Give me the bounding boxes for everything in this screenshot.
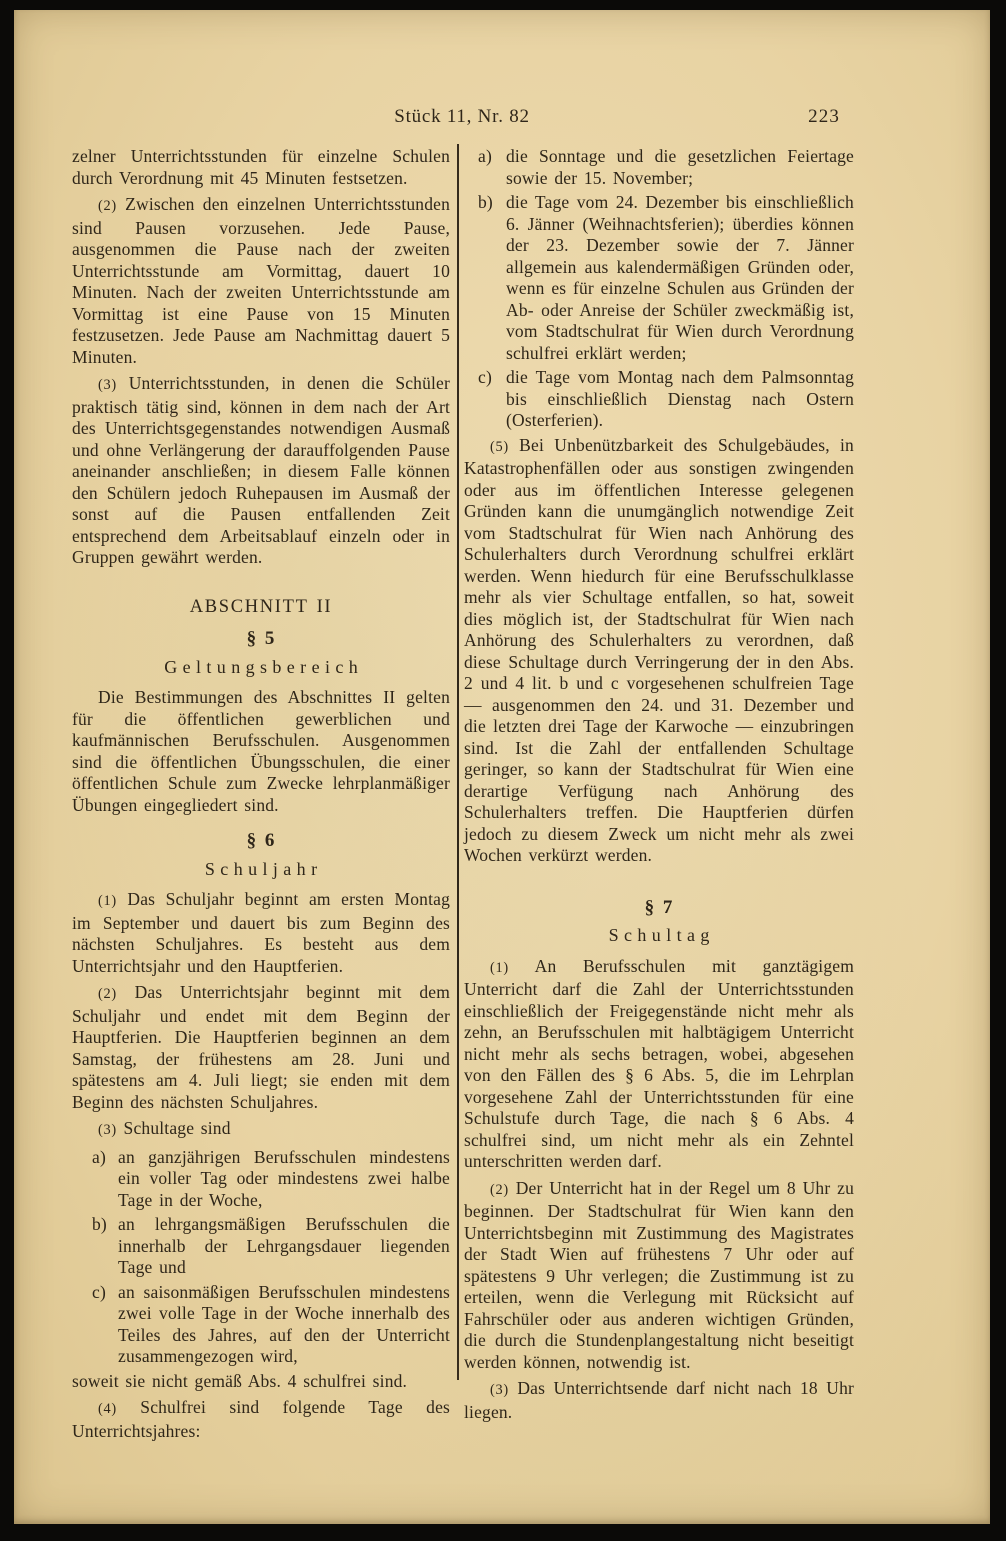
paragraph-continuation: zelner Unterrichtsstunden für einzelne S… — [72, 146, 450, 189]
paragraph-text: An Berufsschulen mit ganztägigem Unterri… — [464, 956, 854, 1172]
paragraph-text: Das Unterrichtsende darf nicht nach 18 U… — [464, 1378, 854, 1422]
paragraph-number: (2) — [98, 198, 117, 214]
section-subtitle-schuljahr: Schuljahr — [72, 859, 450, 881]
scanned-page-frame: Stück 11, Nr. 82 223 zelner Unterrichtss… — [0, 0, 1006, 1541]
list-item-b: b) die Tage vom 24. Dezember bis einschl… — [464, 192, 854, 364]
section-heading-par6: § 6 — [72, 830, 450, 852]
list-marker: c) — [92, 1282, 106, 1304]
column-divider-rule — [457, 144, 459, 1380]
list-item-text: an ganzjährigen Berufsschulen mindestens… — [118, 1147, 450, 1212]
page-number: 223 — [808, 106, 840, 128]
paragraph-number: (3) — [98, 1122, 117, 1138]
list-item-c: c) an saisonmäßigen Berufsschulen mindes… — [72, 1282, 450, 1368]
list-item-text: die Sonntage und die gesetzlichen Feiert… — [506, 146, 854, 189]
paragraph-sec4-abs2: (2) Zwischen den einzelnen Unterrichtsst… — [72, 194, 450, 368]
paragraph-text: Bei Unbenützbarkeit des Schulgebäudes, i… — [464, 435, 854, 866]
paragraph-par6-abs3: (3) Schultage sind — [72, 1118, 450, 1142]
list-marker: c) — [478, 367, 492, 389]
list-marker: b) — [92, 1214, 107, 1236]
paragraph-number: (2) — [490, 1182, 509, 1198]
paragraph-par6-abs4: (4) Schulfrei sind folgende Tage des Unt… — [72, 1397, 450, 1442]
list-marker: a) — [478, 146, 492, 168]
paragraph-number: (5) — [490, 439, 509, 455]
section-heading-par7: § 7 — [464, 897, 854, 919]
paragraph-text: Unterrichtsstunden, in denen die Schüler… — [72, 373, 450, 567]
right-column: a) die Sonntage und die gesetzlichen Fei… — [464, 146, 854, 1428]
paragraph-text: Das Unterrichtsjahr beginnt mit dem Schu… — [72, 982, 450, 1112]
section-subtitle-schultag: Schultag — [464, 925, 854, 947]
paragraph-text: Das Schuljahr beginnt am ersten Montag i… — [72, 889, 450, 976]
issue-label: Stück 11, Nr. 82 — [72, 106, 852, 128]
paragraph-par6-abs5: (5) Bei Unbenützbarkeit des Schulgebäude… — [464, 435, 854, 867]
list-item-a: a) an ganzjährigen Berufsschulen mindest… — [72, 1147, 450, 1212]
paragraph-number: (3) — [490, 1382, 509, 1398]
list-item-c: c) die Tage vom Montag nach dem Palmsonn… — [464, 367, 854, 432]
paragraph-number: (1) — [98, 893, 117, 909]
paragraph-number: (3) — [98, 377, 117, 393]
paragraph-par6-abs3-close: soweit sie nicht gemäß Abs. 4 schulfrei … — [72, 1371, 450, 1393]
paragraph-text: Der Unterricht hat in der Regel um 8 Uhr… — [464, 1178, 854, 1372]
section-subtitle-geltungsbereich: Geltungsbereich — [72, 657, 450, 679]
list-item-a: a) die Sonntage und die gesetzlichen Fei… — [464, 146, 854, 189]
left-column: zelner Unterrichtsstunden für einzelne S… — [72, 146, 450, 1447]
list-item-text: an lehrgangsmäßigen Berufsschulen die in… — [118, 1214, 450, 1279]
paragraph-par7-abs2: (2) Der Unterricht hat in der Regel um 8… — [464, 1178, 854, 1374]
list-item-text: an saisonmäßigen Berufsschulen mindesten… — [118, 1282, 450, 1368]
paragraph-par6-abs1: (1) Das Schuljahr beginnt am ersten Mont… — [72, 889, 450, 977]
paragraph-number: (2) — [98, 986, 117, 1002]
paragraph-number: (4) — [98, 1401, 117, 1417]
list-item-text: die Tage vom 24. Dezember bis einschließ… — [506, 192, 854, 364]
paragraph-sec4-abs3: (3) Unterrichtsstunden, in denen die Sch… — [72, 373, 450, 569]
section-heading-par5: § 5 — [72, 628, 450, 650]
paragraph-par5: Die Bestimmungen des Abschnittes II gelt… — [72, 687, 450, 816]
paragraph-par7-abs3: (3) Das Unterrichtsende darf nicht nach … — [464, 1378, 854, 1423]
paragraph-number: (1) — [490, 960, 509, 976]
paragraph-par7-abs1: (1) An Berufsschulen mit ganztägigem Unt… — [464, 956, 854, 1173]
paragraph-text: Zwischen den einzelnen Unterrichtsstunde… — [72, 194, 450, 367]
document-page: Stück 11, Nr. 82 223 zelner Unterrichtss… — [14, 10, 990, 1524]
paragraph-text: Schulfrei sind folgende Tage des Unterri… — [72, 1397, 450, 1441]
paragraph-par6-abs2: (2) Das Unterrichtsjahr beginnt mit dem … — [72, 982, 450, 1113]
paragraph-text: Schultage sind — [124, 1118, 231, 1138]
list-marker: b) — [478, 192, 493, 214]
section-heading-abschnitt-ii: ABSCHNITT II — [72, 597, 450, 619]
page-header: Stück 11, Nr. 82 223 — [72, 106, 852, 132]
list-item-b: b) an lehrgangsmäßigen Berufsschulen die… — [72, 1214, 450, 1279]
list-item-text: die Tage vom Montag nach dem Palmsonntag… — [506, 367, 854, 432]
list-marker: a) — [92, 1147, 106, 1169]
